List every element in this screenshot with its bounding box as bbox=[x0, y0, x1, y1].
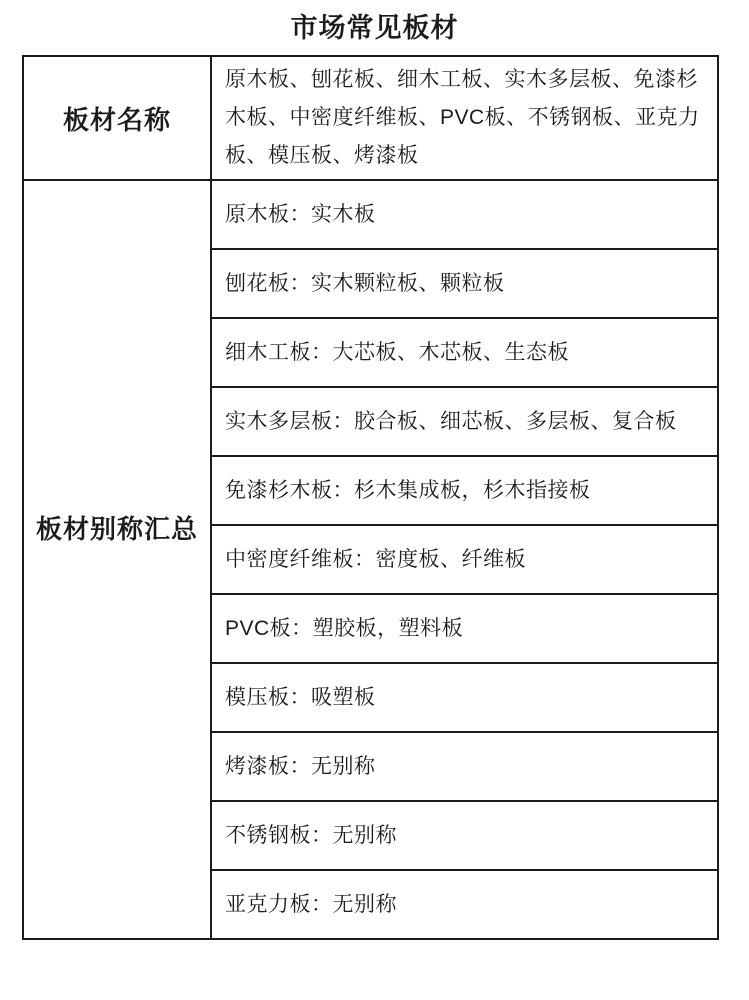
alias-item: 细木工板：大芯板、木芯板、生态板 bbox=[211, 318, 718, 387]
alias-item: 实木多层板：胶合板、细芯板、多层板、复合板 bbox=[211, 387, 718, 456]
alias-item: 不锈钢板：无别称 bbox=[211, 801, 718, 870]
board-names-header: 板材名称 bbox=[23, 56, 211, 180]
alias-section-header-label: 板材别称汇总 bbox=[24, 509, 210, 546]
alias-item: 烤漆板：无别称 bbox=[211, 732, 718, 801]
page-title: 市场常见板材 bbox=[0, 13, 749, 43]
alias-item: 中密度纤维板：密度板、纤维板 bbox=[211, 525, 718, 594]
alias-item: 原木板：实木板 bbox=[211, 180, 718, 249]
alias-item: 刨花板：实木颗粒板、颗粒板 bbox=[211, 249, 718, 318]
alias-item: PVC板：塑胶板，塑料板 bbox=[211, 594, 718, 663]
alias-item: 亚克力板：无别称 bbox=[211, 870, 718, 939]
document-page: { "title": "市场常见板材", "table": { "row1": … bbox=[0, 0, 749, 1000]
alias-item: 免漆杉木板：杉木集成板，杉木指接板 bbox=[211, 456, 718, 525]
board-names-row: 板材名称 原木板、刨花板、细木工板、实木多层板、免漆杉木板、中密度纤维板、PVC… bbox=[23, 56, 718, 180]
alias-item: 模压板：吸塑板 bbox=[211, 663, 718, 732]
materials-table: 板材名称 原木板、刨花板、细木工板、实木多层板、免漆杉木板、中密度纤维板、PVC… bbox=[22, 55, 719, 940]
alias-row: 板材别称汇总 原木板：实木板 bbox=[23, 180, 718, 249]
alias-section-header: 板材别称汇总 bbox=[23, 180, 211, 939]
board-names-list: 原木板、刨花板、细木工板、实木多层板、免漆杉木板、中密度纤维板、PVC板、不锈钢… bbox=[211, 56, 718, 180]
